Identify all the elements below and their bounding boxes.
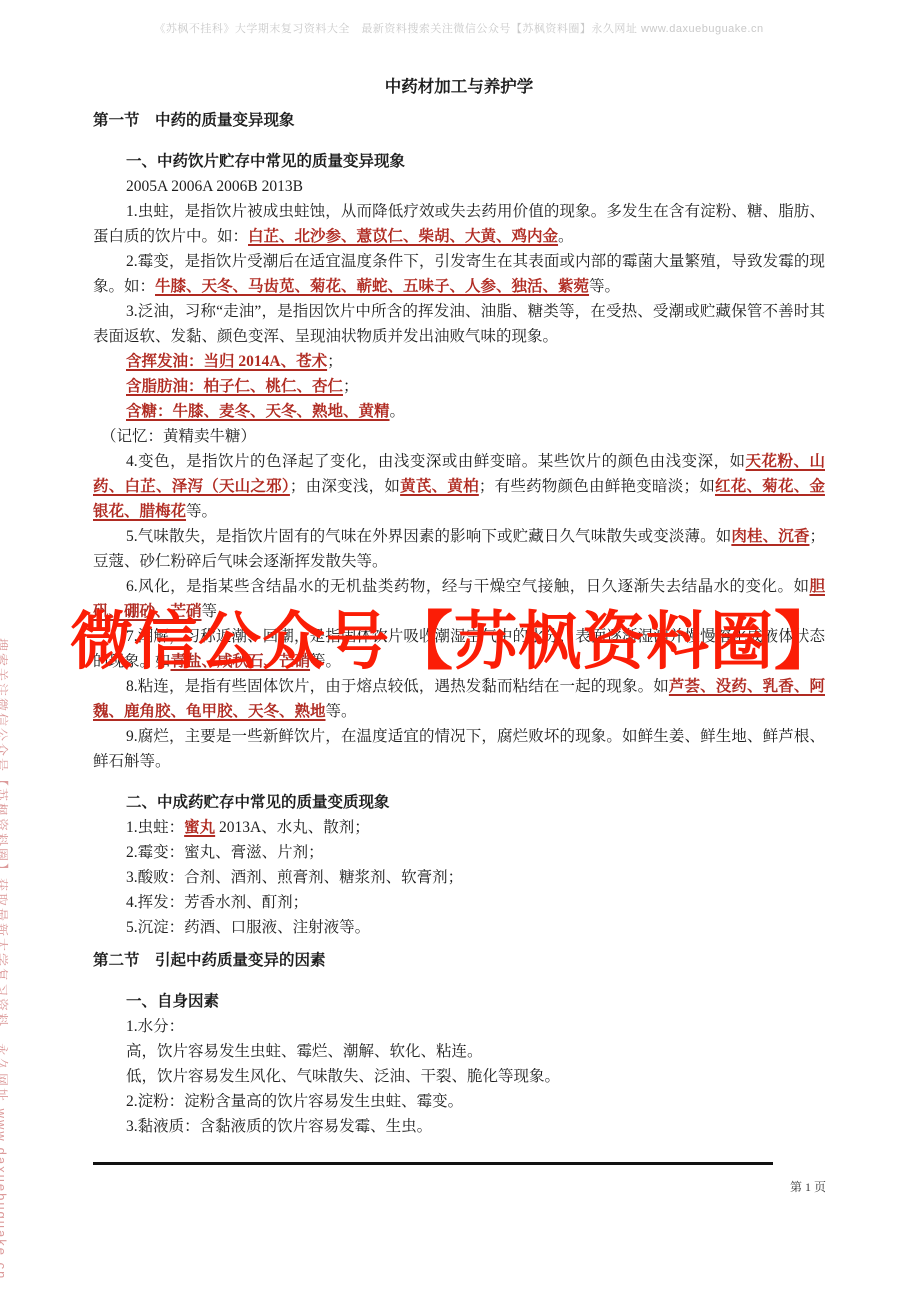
text-run: ；有些药物颜色由鲜艳变暗淡；如: [479, 478, 715, 495]
highlighted-drug-names: 肉桂、沉香: [731, 528, 809, 545]
block-para: 9.腐烂，主要是一些新鲜饮片，在温度适宜的情况下，腐烂败坏的现象。如鲜生姜、鲜生…: [93, 724, 825, 774]
text-run: 5.沉淀：药酒、口服液、注射液等。: [126, 919, 370, 936]
block-redline: 含脂肪油：柏子仁、桃仁、杏仁；: [93, 374, 825, 399]
block-item: 3.酸败：合剂、酒剂、煎膏剂、糖浆剂、软膏剂；: [93, 865, 825, 890]
text-run: 2.淀粉：淀粉含量高的饮片容易发生虫蛀、霉变。: [126, 1093, 463, 1110]
text-run: 8.粘连，是指有些固体饮片，由于熔点较低，遇热发黏而粘结在一起的现象。如: [126, 678, 669, 695]
block-item: 1.水分：: [93, 1014, 825, 1039]
block-note: （记忆：黄精卖牛糖）: [93, 424, 825, 449]
highlighted-drug-names: 含糖：牛膝、麦冬、天冬、熟地、黄精: [126, 403, 390, 420]
text-run: 等。: [589, 278, 620, 295]
text-run: 3.泛油，习称“走油”，是指因饮片中所含的挥发油、油脂、糖类等，在受热、受潮或贮…: [93, 303, 825, 345]
text-run: 低，饮片容易发生风化、气味散失、泛油、干裂、脆化等现象。: [126, 1068, 560, 1085]
block-item: 3.黏液质：含黏液质的饮片容易发霉、生虫。: [93, 1114, 825, 1139]
text-run: 4.变色，是指饮片的色泽起了变化，由浅变深或由鲜变暗。某些饮片的颜色由浅变深，如: [126, 453, 746, 470]
text-run: 6.风化，是指某些含结晶水的无机盐类药物，经与干燥空气接触，日久逐渐失去结晶水的…: [126, 578, 809, 595]
block-item: 2.淀粉：淀粉含量高的饮片容易发生虫蛀、霉变。: [93, 1089, 825, 1114]
text-run: 9.腐烂，主要是一些新鲜饮片，在温度适宜的情况下，腐烂败坏的现象。如鲜生姜、鲜生…: [93, 728, 825, 770]
text-run: 二、中成药贮存中常见的质量变质现象: [126, 794, 390, 811]
block-item: 2.霉变：蜜丸、膏滋、片剂；: [93, 840, 825, 865]
center-red-watermark: 微信公众号【苏枫资料圈】: [70, 604, 810, 680]
text-run: 1.虫蛀：: [126, 819, 184, 836]
text-run: 一、中药饮片贮存中常见的质量变异现象: [126, 153, 405, 170]
text-run: 。: [390, 403, 406, 420]
block-item: 高，饮片容易发生虫蛀、霉烂、潮解、软化、粘连。: [93, 1039, 825, 1064]
text-run: 高，饮片容易发生虫蛀、霉烂、潮解、软化、粘连。: [126, 1043, 483, 1060]
text-run: 中药材加工与养护学: [385, 78, 534, 96]
text-run: 3.黏液质：含黏液质的饮片容易发霉、生虫。: [126, 1118, 432, 1135]
text-run: 一、自身因素: [126, 993, 219, 1010]
block-item: 1.虫蛀：蜜丸 2013A、水丸、散剂；: [93, 815, 825, 840]
block-item: 低，饮片容易发生风化、气味散失、泛油、干裂、脆化等现象。: [93, 1064, 825, 1089]
text-run: 2.霉变：蜜丸、膏滋、片剂；: [126, 844, 324, 861]
block-h2: 二、中成药贮存中常见的质量变质现象: [93, 790, 825, 815]
block-para: 4.变色，是指饮片的色泽起了变化，由浅变深或由鲜变暗。某些饮片的颜色由浅变深，如…: [93, 449, 825, 524]
block-para: 8.粘连，是指有些固体饮片，由于熔点较低，遇热发黏而粘结在一起的现象。如芦荟、没…: [93, 674, 825, 724]
text-run: 3.酸败：合剂、酒剂、煎膏剂、糖浆剂、软膏剂；: [126, 869, 463, 886]
text-run: 1.水分：: [126, 1018, 184, 1035]
block-h2: 一、中药饮片贮存中常见的质量变异现象: [93, 149, 825, 174]
block-h1: 第二节 引起中药质量变异的因素: [93, 948, 825, 973]
text-run: ；: [327, 353, 343, 370]
highlighted-drug-names: 黄芪、黄柏: [400, 478, 479, 495]
block-para: 2.霉变，是指饮片受潮后在适宜温度条件下，引发寄生在其表面或内部的霉菌大量繁殖，…: [93, 249, 825, 299]
text-run: 5.气味散失，是指饮片固有的气味在外界因素的影响下或贮藏日久气味散失或变淡薄。如: [126, 528, 731, 545]
highlighted-drug-names: 含挥发油：当归 2014A、苍术: [126, 353, 327, 370]
text-run: 第二节 引起中药质量变异的因素: [93, 952, 326, 969]
highlighted-drug-names: 白芷、北沙参、薏苡仁、柴胡、大黄、鸡内金: [248, 228, 558, 245]
block-para: 5.气味散失，是指饮片固有的气味在外界因素的影响下或贮藏日久气味散失或变淡薄。如…: [93, 524, 825, 574]
highlighted-drug-names: 含脂肪油：柏子仁、桃仁、杏仁: [126, 378, 343, 395]
block-exam: 2005A 2006A 2006B 2013B: [93, 174, 825, 199]
page-number: 第 1 页: [790, 1178, 826, 1195]
block-item: 5.沉淀：药酒、口服液、注射液等。: [93, 915, 825, 940]
text-run: 2005A 2006A 2006B 2013B: [126, 178, 303, 195]
block-item: 4.挥发：芳香水剂、酊剂；: [93, 890, 825, 915]
block-redline: 含挥发油：当归 2014A、苍术；: [93, 349, 825, 374]
block-para: 1.虫蛀，是指饮片被成虫蛀蚀，从而降低疗效或失去药用价值的现象。多发生在含有淀粉…: [93, 199, 825, 249]
highlighted-drug-names: 蜜丸: [184, 819, 215, 836]
block-para: 3.泛油，习称“走油”，是指因饮片中所含的挥发油、油脂、糖类等，在受热、受潮或贮…: [93, 299, 825, 349]
text-run: 等。: [186, 503, 217, 520]
document-page: { "page": { "header_watermark": "《苏枫不挂科》…: [0, 0, 918, 1298]
text-run: 第一节 中药的质量变异现象: [93, 112, 295, 129]
block-h1: 第一节 中药的质量变异现象: [93, 108, 825, 133]
text-run: 2013A、水丸、散剂；: [215, 819, 370, 836]
block-redline: 含糖：牛膝、麦冬、天冬、熟地、黄精。: [93, 399, 825, 424]
text-run: ；由深变浅，如: [290, 478, 400, 495]
highlighted-drug-names: 牛膝、天冬、马齿苋、菊花、蕲蛇、五味子、人参、独活、紫菀: [155, 278, 589, 295]
text-run: 4.挥发：芳香水剂、酊剂；: [126, 894, 308, 911]
page-title: 中药材加工与养护学: [93, 75, 825, 100]
text-run: （记忆：黄精卖牛糖）: [101, 428, 256, 445]
header-watermark: 《苏枫不挂科》大学期末复习资料大全 最新资料搜索关注微信公众号【苏枫资料圈】永久…: [0, 20, 918, 36]
text-run: ；: [343, 378, 359, 395]
text-run: 。: [558, 228, 574, 245]
side-vertical-watermark: 搜索关注微信公众号【苏枫资料圈】获取最新大学复习资料，永久网址 www.daxu…: [0, 638, 12, 1280]
block-h2: 一、自身因素: [93, 989, 825, 1014]
footer-divider-line: [93, 1162, 773, 1165]
text-run: 等。: [326, 703, 357, 720]
